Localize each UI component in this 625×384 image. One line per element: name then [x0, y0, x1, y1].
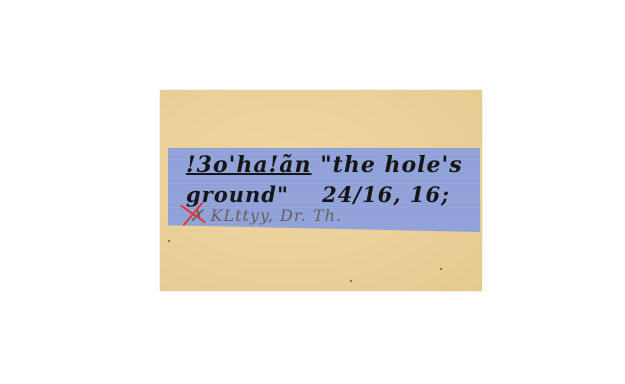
red-cross-mark-icon [178, 200, 206, 228]
reference-text: 24/16, 16; [322, 182, 450, 207]
mount-card: !3o'ha!ãn "the hole's ground" 24/16, 16;… [160, 90, 482, 291]
struck-out-line: ✗ KLttyy, Dr. Th. [190, 206, 342, 225]
gloss-text-part1: "the hole's [320, 152, 462, 178]
term-text: !3o'ha!ãn [186, 152, 312, 178]
paper-speck [440, 268, 442, 270]
ink-dash-mark [196, 228, 214, 231]
entry-line-2: ground" 24/16, 16; [186, 182, 450, 207]
blue-slip: !3o'ha!ãn "the hole's ground" 24/16, 16;… [168, 148, 480, 232]
paper-speck [168, 240, 170, 242]
paper-speck [350, 280, 352, 282]
entry-line-1: !3o'ha!ãn "the hole's [186, 152, 463, 178]
